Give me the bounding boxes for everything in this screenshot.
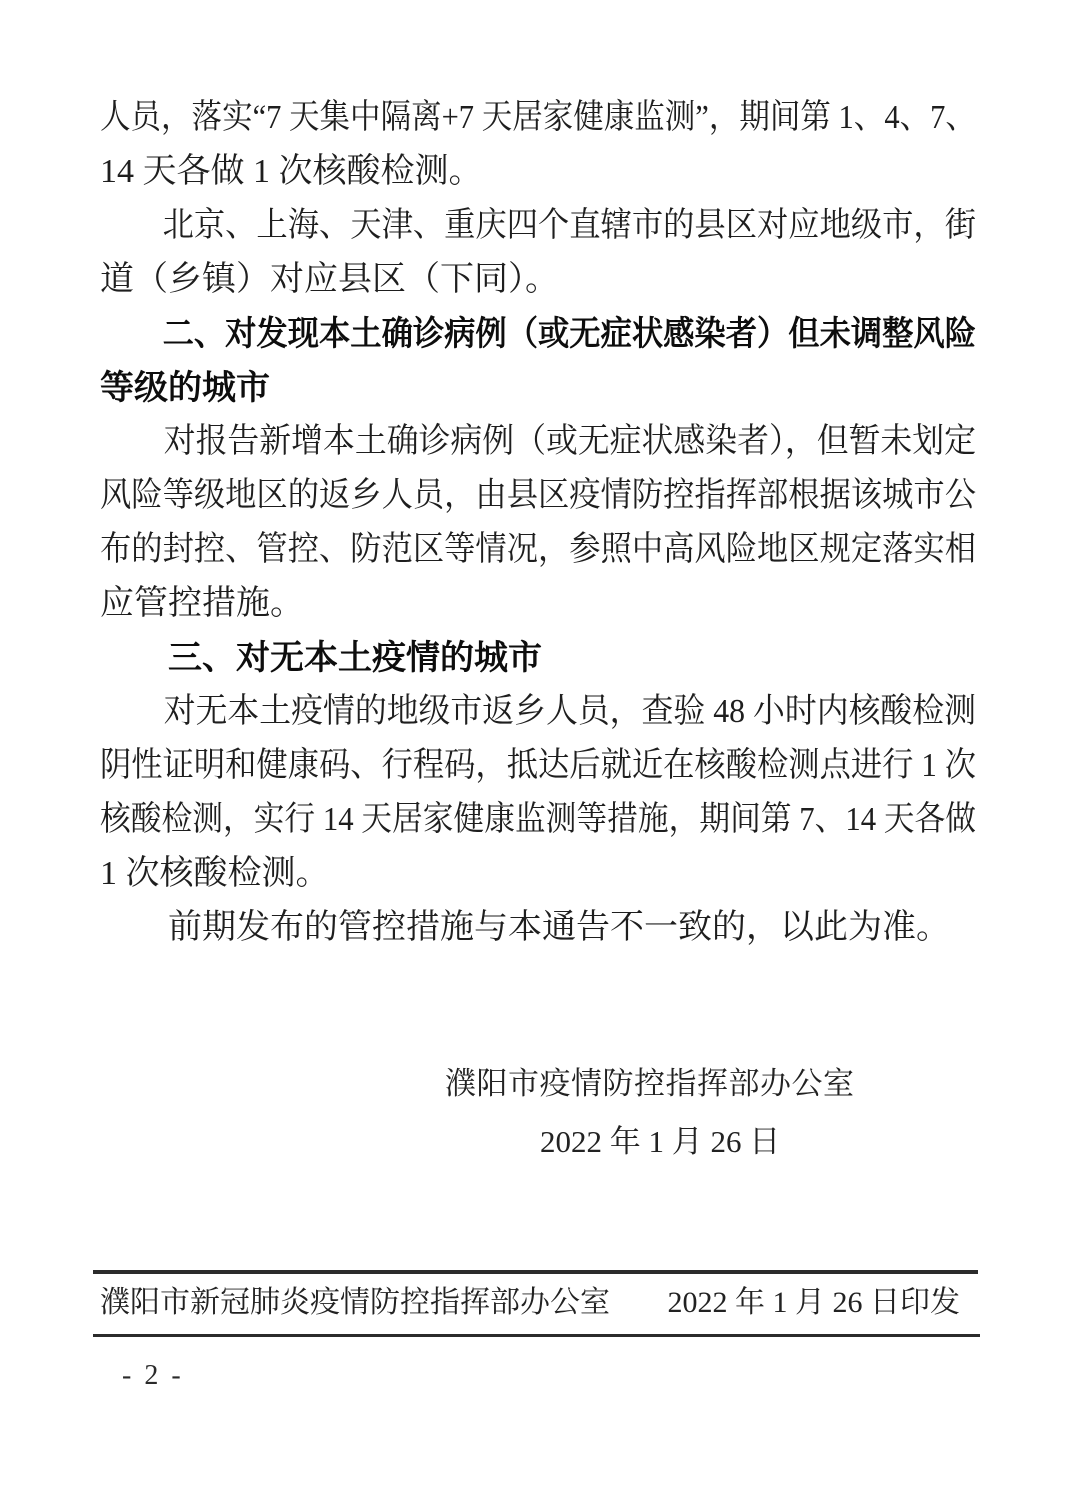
text-line: 对无本土疫情的地级市返乡人员，查验 48 小时内核酸检测: [100, 685, 921, 739]
text-line: 风险等级地区的返乡人员，由县区疫情防控指挥部根据该城市公: [100, 469, 906, 523]
text-line: 布的封控、管控、防范区等情况，参照中高风险地区规定落实相: [100, 523, 906, 577]
footer-row: 濮阳市新冠肺炎疫情防控指挥部办公室 2022 年 1 月 26 日印发: [100, 1285, 960, 1321]
text-line: 核酸检测，实行 14 天居家健康监测等措施，期间第 7、14 天各做: [100, 793, 892, 847]
document-body: 人员，落实“7 天集中隔离+7 天居家健康监测”，期间第 1、4、7、14 天各…: [100, 91, 976, 955]
footer-rule-top: [93, 1270, 978, 1274]
signature-office: 濮阳市疫情防控指挥部办公室: [445, 1062, 855, 1106]
document-page: 人员，落实“7 天集中隔离+7 天居家健康监测”，期间第 1、4、7、14 天各…: [0, 0, 1080, 1495]
text-line: 北京、上海、天津、重庆四个直辖市的县区对应地级市，街: [100, 199, 906, 253]
text-line: 1 次核酸检测。: [100, 847, 976, 901]
footer-issuer: 濮阳市新冠肺炎疫情防控指挥部办公室: [100, 1285, 610, 1321]
text-line: 等级的城市: [100, 361, 976, 415]
text-line: 对报告新增本土确诊病例（或无症状感染者），但暂未划定: [100, 415, 921, 469]
signature-date: 2022 年 1 月 26 日: [540, 1120, 780, 1164]
text-line: 二、对发现本土确诊病例（或无症状感染者）但未调整风险: [100, 307, 906, 361]
text-line: 应管控措施。: [100, 577, 976, 631]
text-line: 阴性证明和健康码、行程码，抵达后就近在核酸检测点进行 1 次: [100, 739, 906, 793]
footer-rule-bottom: [93, 1334, 980, 1337]
text-line: 人员，落实“7 天集中隔离+7 天居家健康监测”，期间第 1、4、7、: [100, 91, 886, 145]
page-number: - 2 -: [122, 1358, 181, 1394]
footer-print-date: 2022 年 1 月 26 日印发: [668, 1285, 961, 1321]
text-line: 三、对无本土疫情的城市: [100, 631, 976, 685]
text-line: 前期发布的管控措施与本通告不一致的，以此为准。: [100, 901, 976, 955]
text-line: 道（乡镇）对应县区（下同）。: [100, 253, 976, 307]
text-line: 14 天各做 1 次核酸检测。: [100, 145, 976, 199]
